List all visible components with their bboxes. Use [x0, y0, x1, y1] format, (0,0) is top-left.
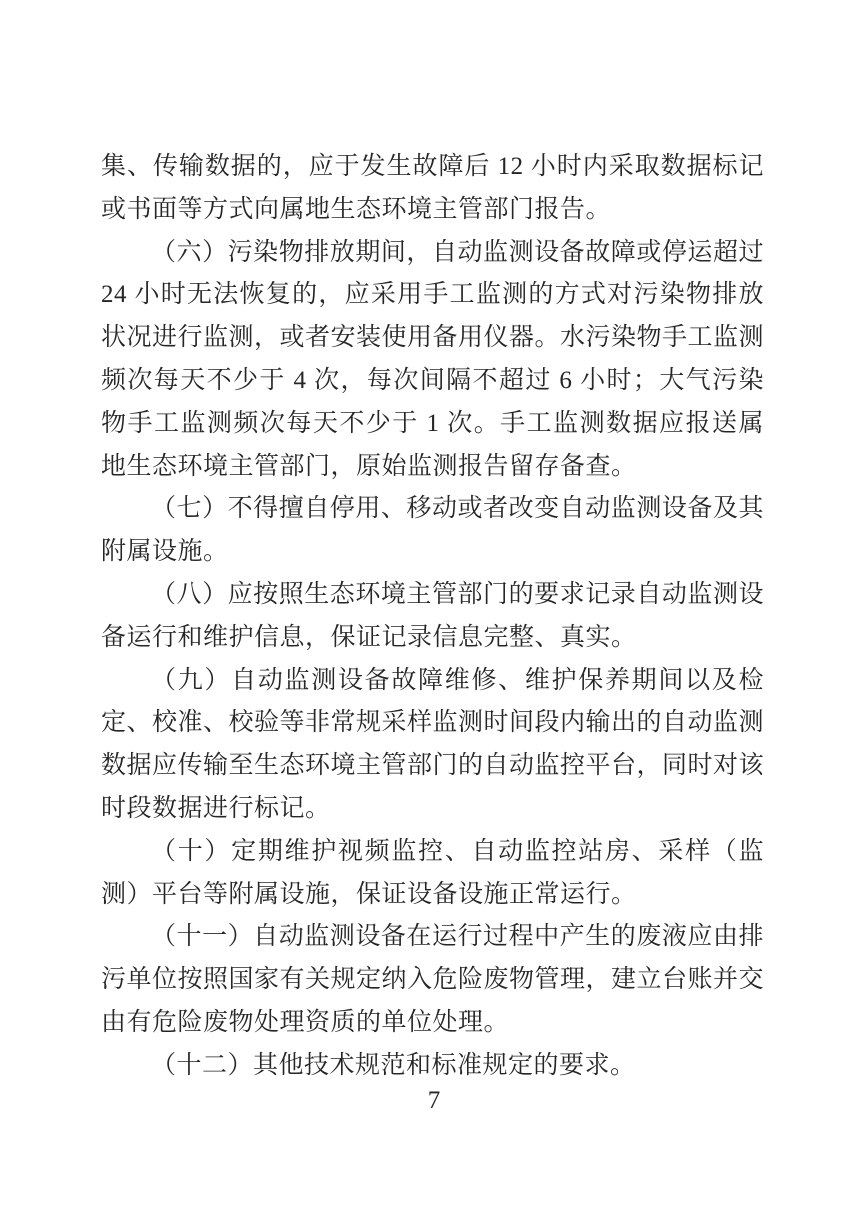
body-paragraph: （八）应按照生态环境主管部门的要求记录自动监测设备运行和维护信息，保证记录信息完…	[101, 574, 764, 660]
document-body: 集、传输数据的，应于发生故障后 12 小时内采取数据标记或书面等方式向属地生态环…	[101, 146, 764, 1088]
document-page: 集、传输数据的，应于发生故障后 12 小时内采取数据标记或书面等方式向属地生态环…	[0, 0, 868, 1227]
body-paragraph: （七）不得擅自停用、移动或者改变自动监测设备及其附属设施。	[101, 488, 764, 574]
body-paragraph: （十二）其他技术规范和标准规定的要求。	[101, 1045, 764, 1088]
body-paragraph: （九）自动监测设备故障维修、维护保养期间以及检定、校准、校验等非常规采样监测时间…	[101, 660, 764, 831]
body-paragraph: （十）定期维护视频监控、自动监控站房、采样（监测）平台等附属设施，保证设备设施正…	[101, 831, 764, 917]
body-paragraph: （六）污染物排放期间，自动监测设备故障或停运超过 24 小时无法恢复的，应采用手…	[101, 232, 764, 489]
body-paragraph: （十一）自动监测设备在运行过程中产生的废液应由排污单位按照国家有关规定纳入危险废…	[101, 916, 764, 1044]
page-number: 7	[0, 1085, 868, 1117]
body-paragraph: 集、传输数据的，应于发生故障后 12 小时内采取数据标记或书面等方式向属地生态环…	[101, 146, 764, 232]
